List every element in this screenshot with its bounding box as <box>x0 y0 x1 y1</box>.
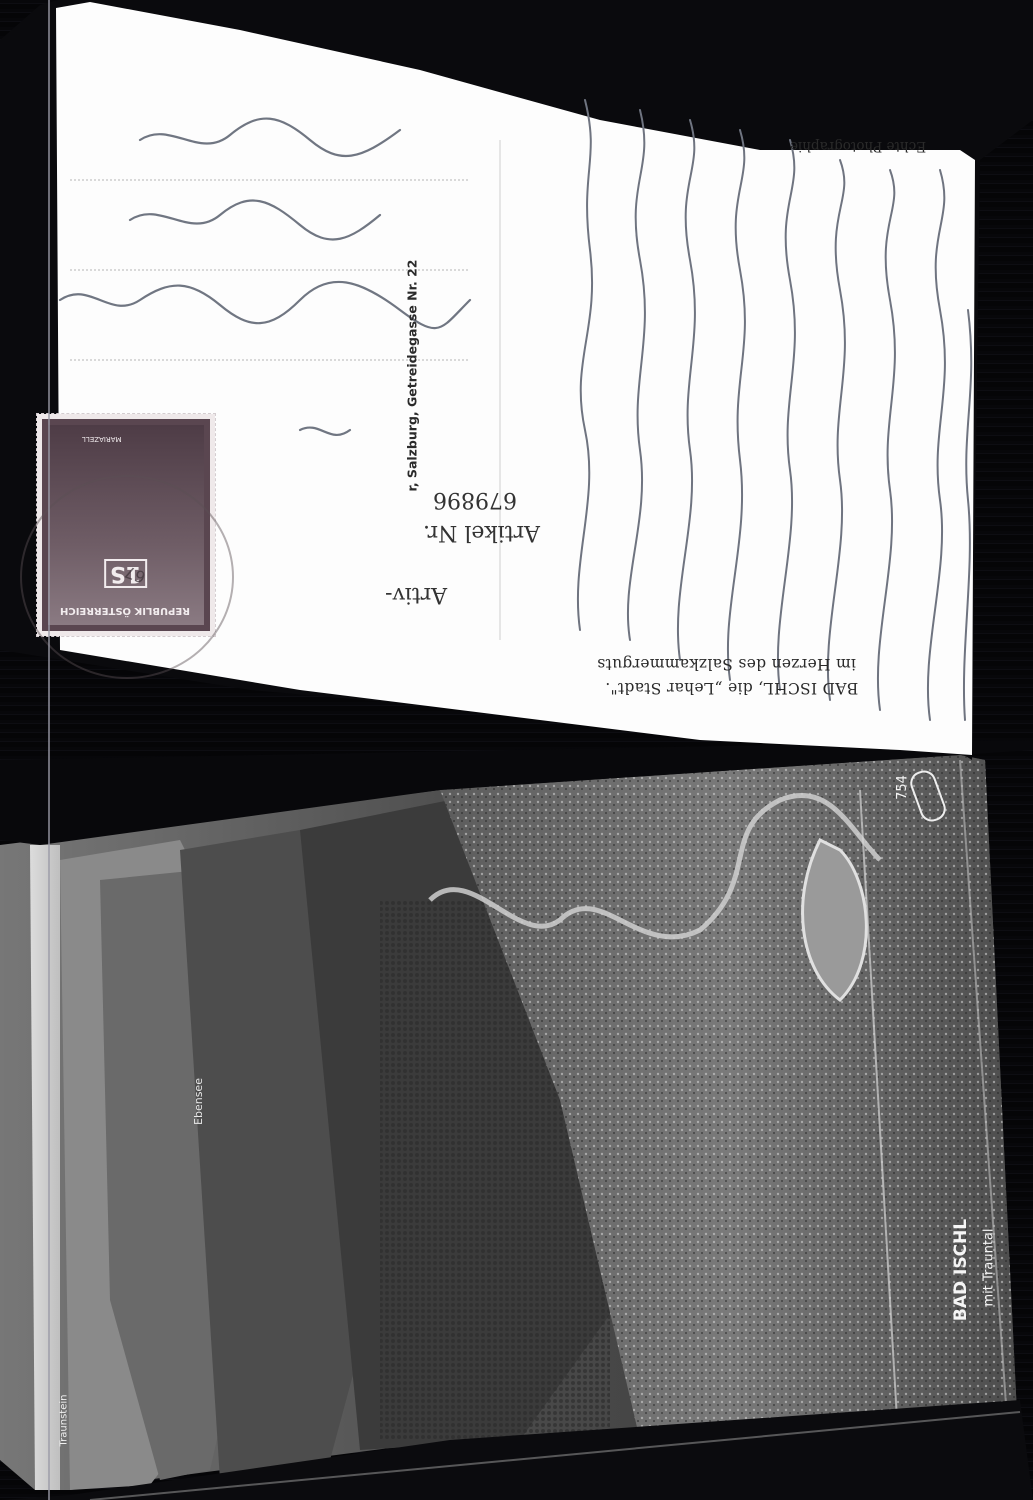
postcard-back-side: BAD ISCHL, die „Lehar Stadt". im Herzen … <box>0 0 1033 760</box>
photo-subtitle: mit Trauntal <box>982 1229 997 1307</box>
article-number: 679896 <box>433 487 517 512</box>
article-label: Artikel Nr. <box>423 520 540 545</box>
photo-note: Echte Photographie <box>790 138 926 154</box>
card-caption-line1: BAD ISCHL, die „Lehar Stadt". <box>605 679 858 697</box>
photo-title: BAD ISCHL <box>951 1219 971 1321</box>
label-traunstein: Traunstein <box>58 1395 69 1447</box>
stamp-place: MARIAZELL <box>82 435 122 443</box>
publisher-address: r, Salzburg, Getreidegasse Nr. 22 <box>404 260 419 492</box>
card-caption-line2: im Herzen des Salzkammerguts <box>597 655 856 673</box>
photo-number: 754 <box>895 775 910 800</box>
label-ebensee: Ebensee <box>192 1078 205 1125</box>
scanner-edge <box>48 0 50 1500</box>
artiv-label: Artiv- <box>385 582 447 607</box>
